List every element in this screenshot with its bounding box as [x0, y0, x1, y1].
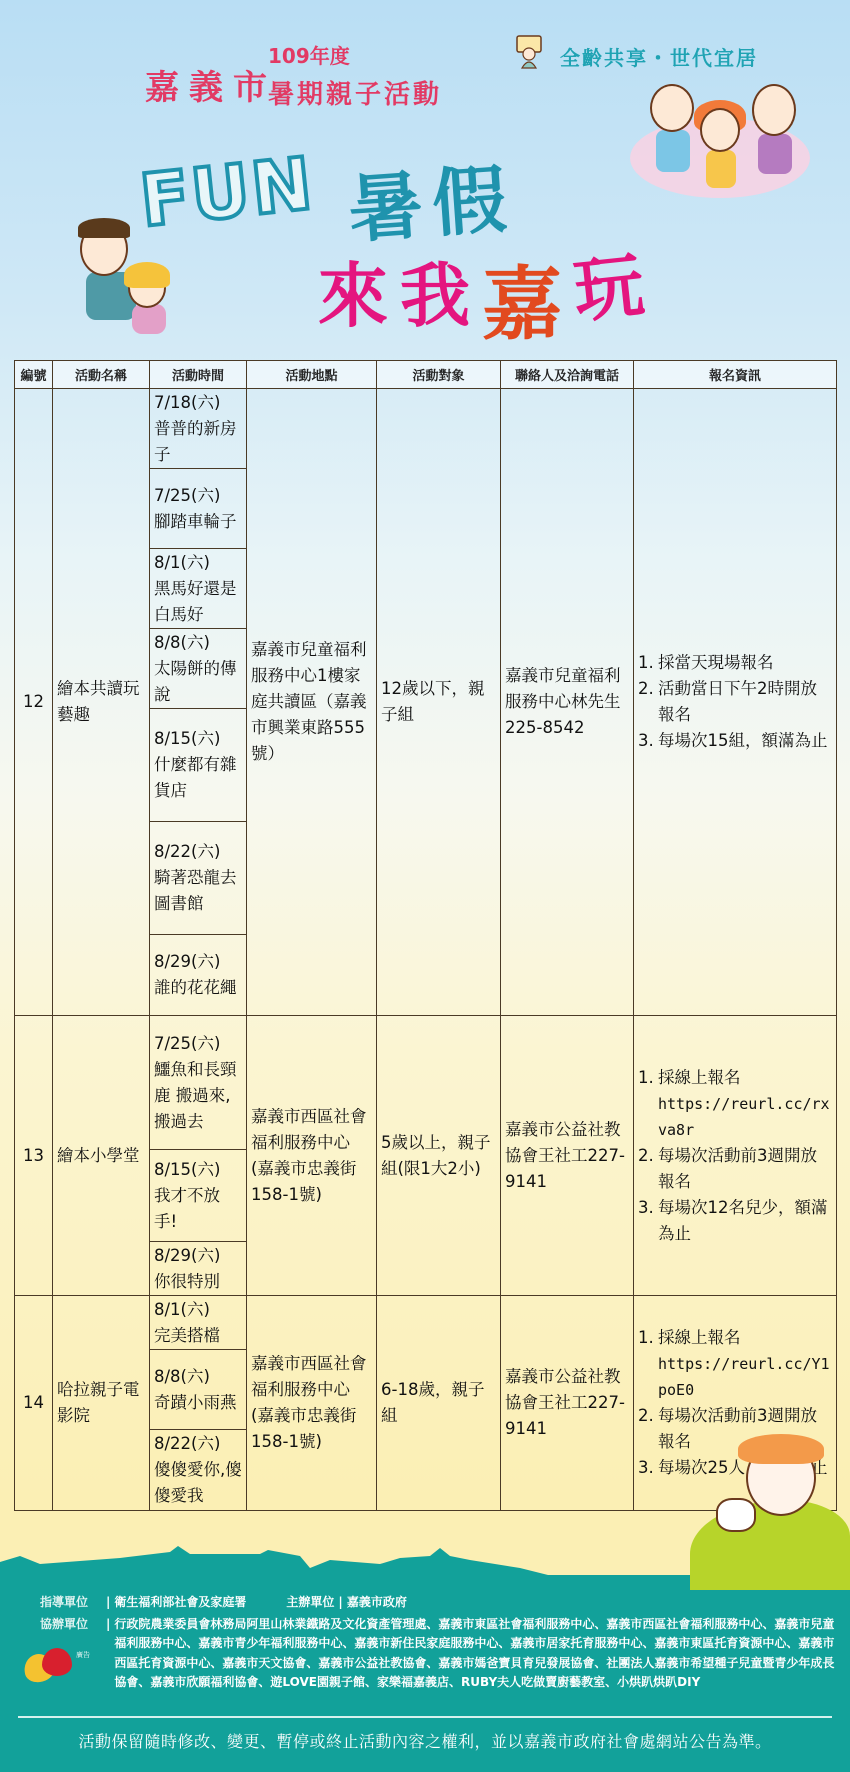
session-date: 8/15(六)	[154, 1157, 242, 1183]
session-item: 7/25(六)腳踏車輪子	[150, 469, 246, 549]
session-title: 誰的花花繩	[154, 975, 242, 1001]
activity-location: 嘉義市西區社會福利服務中心(嘉義市忠義街158-1號)	[247, 1016, 377, 1296]
session-item: 8/22(六)騎著恐龍去圖書館	[150, 822, 246, 935]
family-figure	[656, 130, 690, 172]
activity-audience: 6-18歲，親子組	[377, 1296, 501, 1511]
family-figure-head	[752, 84, 796, 136]
co-organizer-list: 行政院農業委員會林務局阿里山林業鐵路及文化資產管理處、嘉義市東區社會福利服務中心…	[114, 1615, 840, 1693]
session-item: 8/8(六)太陽餅的傳說	[150, 629, 246, 709]
table-row: 13 繪本小學堂 7/25(六)鱷魚和長頸鹿 搬過來,搬過去 8/15(六)我才…	[15, 1016, 837, 1296]
item-text: 採線上報名	[658, 1068, 741, 1087]
family-figure-head	[650, 84, 694, 132]
family-figure	[758, 134, 792, 174]
session-item: 8/1(六)黑馬好還是白馬好	[150, 549, 246, 629]
session-date: 8/15(六)	[154, 726, 242, 752]
registration-item: 2.每場次活動前3週開放報名	[638, 1143, 832, 1195]
session-title: 完美搭檔	[154, 1323, 242, 1349]
item-number: 1.	[638, 650, 658, 676]
column-header-audience: 活動對象	[377, 361, 501, 389]
city-title: 嘉義市	[145, 60, 277, 109]
session-item: 8/22(六)傻傻愛你,傻傻愛我	[150, 1430, 246, 1510]
logo-caption: 廣告	[76, 1650, 90, 1660]
separator: |	[106, 1593, 110, 1613]
item-number: 2.	[638, 1403, 658, 1455]
session-date: 8/1(六)	[154, 550, 242, 576]
session-date: 8/22(六)	[154, 1431, 242, 1457]
session-item: 8/8(六)奇蹟小雨燕	[150, 1350, 246, 1430]
registration-link[interactable]: https://reurl.cc/rxva8r	[658, 1095, 830, 1139]
table-row: 14 哈拉親子電影院 8/1(六)完美搭檔 8/8(六)奇蹟小雨燕 8/22(六…	[15, 1296, 837, 1511]
red-heart-logo-icon	[42, 1648, 72, 1676]
year-label: 109年度	[268, 40, 350, 69]
item-number: 3.	[638, 1195, 658, 1247]
registration-item: 1.採線上報名https://reurl.cc/rxva8r	[638, 1065, 832, 1143]
session-title: 普普的新房子	[154, 416, 242, 468]
registration-item: 1.採線上報名https://reurl.cc/Y1poE0	[638, 1325, 832, 1403]
family-figure	[706, 150, 736, 188]
title-come-play-chiayi: 來我嘉玩	[318, 228, 656, 343]
dad-figure-hair	[78, 218, 130, 238]
item-text: 採線上報名	[658, 1328, 741, 1347]
column-header-id: 編號	[15, 361, 53, 389]
session-item: 8/15(六)我才不放手!	[150, 1150, 246, 1242]
registration-item: 3.每場次12名兒少，額滿為止	[638, 1195, 832, 1247]
title-char: 玩	[568, 228, 660, 337]
activity-name: 繪本小學堂	[53, 1016, 150, 1296]
footer-divider	[18, 1716, 832, 1718]
item-number: 3.	[638, 728, 658, 754]
session-item: 8/29(六)誰的花花繩	[150, 935, 246, 1015]
activity-id: 13	[15, 1016, 53, 1296]
activity-contact: 嘉義市公益社教協會王社工227-9141	[501, 1016, 634, 1296]
activity-audience: 12歲以下，親子組	[377, 389, 501, 1016]
item-text: 採線上報名https://reurl.cc/rxva8r	[658, 1065, 832, 1143]
item-text: 每場次15組，額滿為止	[658, 728, 832, 754]
session-date: 8/8(六)	[154, 1364, 242, 1390]
session-date: 8/1(六)	[154, 1297, 242, 1323]
credit-row-co-organizers: 協辦單位 | 行政院農業委員會林務局阿里山林業鐵路及文化資產管理處、嘉義市東區社…	[40, 1615, 840, 1693]
girl-figure-hair	[738, 1434, 824, 1464]
title-char: 我	[400, 240, 482, 341]
session-title: 我才不放手!	[154, 1183, 242, 1235]
column-header-name: 活動名稱	[53, 361, 150, 389]
activity-contact: 嘉義市兒童福利服務中心林先生225-8542	[501, 389, 634, 1016]
guidance-label: 指導單位	[40, 1593, 106, 1613]
column-header-time: 活動時間	[150, 361, 247, 389]
session-item: 8/1(六)完美搭檔	[150, 1296, 246, 1350]
registration-link[interactable]: https://reurl.cc/Y1poE0	[658, 1355, 830, 1399]
title-fun: FUN	[136, 141, 318, 243]
registration-info: 1.採線上報名https://reurl.cc/rxva8r 2.每場次活動前3…	[634, 1016, 837, 1296]
activity-id: 14	[15, 1296, 53, 1511]
activity-contact: 嘉義市公益社教協會王社工227-9141	[501, 1296, 634, 1511]
session-date: 7/25(六)	[154, 483, 242, 509]
registration-info: 1.採當天現場報名 2.活動當日下午2時開放報名 3.每場次15組，額滿為止	[634, 389, 837, 1016]
session-title: 奇蹟小雨燕	[154, 1390, 242, 1416]
session-item: 8/15(六)什麼都有雜貨店	[150, 709, 246, 822]
item-text: 活動當日下午2時開放報名	[658, 676, 832, 728]
disclaimer: 活動保留隨時修改、變更、暫停或終止活動內容之權利，並以嘉義市政府社會處網站公告為…	[0, 1729, 850, 1752]
session-title: 太陽餅的傳說	[154, 656, 242, 708]
registration-item: 2.活動當日下午2時開放報名	[638, 676, 832, 728]
session-title: 你很特別	[154, 1269, 242, 1295]
separator: |	[338, 1593, 342, 1613]
activity-id: 12	[15, 389, 53, 1016]
session-item: 7/25(六)鱷魚和長頸鹿 搬過來,搬過去	[150, 1016, 246, 1150]
activity-audience: 5歲以上，親子組(限1大2小)	[377, 1016, 501, 1296]
item-text: 每場次活動前3週開放報名	[658, 1143, 832, 1195]
cat-figure	[716, 1498, 756, 1532]
session-title: 黑馬好還是白馬好	[154, 576, 242, 628]
item-number: 1.	[638, 1325, 658, 1403]
session-title: 鱷魚和長頸鹿 搬過來,搬過去	[154, 1057, 242, 1135]
table-row: 12 繪本共讀玩藝趣 7/18(六)普普的新房子 7/25(六)腳踏車輪子 8/…	[15, 389, 837, 1016]
session-title: 什麼都有雜貨店	[154, 752, 242, 804]
guidance-value: 衛生福利部社會及家庭署	[114, 1593, 246, 1613]
session-date: 7/18(六)	[154, 390, 242, 416]
kid-figure	[132, 304, 166, 334]
poster-header: 嘉義市 109年度 暑期親子活動 全齡共享・世代宜居 FUN 暑假 來我嘉玩	[0, 0, 850, 360]
host-label: 主辦單位	[286, 1593, 334, 1613]
session-date: 8/8(六)	[154, 630, 242, 656]
activity-table: 編號 活動名稱 活動時間 活動地點 活動對象 聯絡人及洽詢電話 報名資訊 12 …	[14, 360, 837, 1511]
activity-name: 哈拉親子電影院	[53, 1296, 150, 1511]
activity-location: 嘉義市兒童福利服務中心1樓家庭共讀區（嘉義市興業東路555號）	[247, 389, 377, 1016]
activity-name: 繪本共讀玩藝趣	[53, 389, 150, 1016]
credit-row-guidance: 指導單位 | 衛生福利部社會及家庭署 主辦單位 | 嘉義市政府	[40, 1593, 840, 1613]
session-date: 7/25(六)	[154, 1031, 242, 1057]
registration-item: 3.每場次15組，額滿為止	[638, 728, 832, 754]
session-date: 8/22(六)	[154, 839, 242, 865]
session-item: 7/18(六)普普的新房子	[150, 389, 246, 469]
title-char: 來	[318, 240, 400, 341]
item-number: 2.	[638, 676, 658, 728]
item-text: 採線上報名https://reurl.cc/Y1poE0	[658, 1325, 832, 1403]
session-list: 7/18(六)普普的新房子 7/25(六)腳踏車輪子 8/1(六)黑馬好還是白馬…	[150, 389, 247, 1016]
column-header-location: 活動地點	[247, 361, 377, 389]
event-subtitle: 暑期親子活動	[268, 74, 442, 111]
column-header-contact: 聯絡人及洽詢電話	[501, 361, 634, 389]
sponsor-logo: 廣告	[20, 1640, 90, 1690]
kid-figure-hair	[124, 262, 170, 288]
session-date: 8/29(六)	[154, 949, 242, 975]
item-text: 採當天現場報名	[658, 650, 832, 676]
family-figure-head	[700, 108, 740, 152]
credits-section: 指導單位 | 衛生福利部社會及家庭署 主辦單位 | 嘉義市政府 協辦單位 | 行…	[40, 1593, 840, 1693]
column-header-registration: 報名資訊	[634, 361, 837, 389]
title-char: 嘉	[482, 240, 574, 355]
item-number: 2.	[638, 1143, 658, 1195]
session-title: 腳踏車輪子	[154, 509, 242, 535]
item-number: 1.	[638, 1065, 658, 1143]
session-title: 傻傻愛你,傻傻愛我	[154, 1457, 242, 1509]
session-date: 8/29(六)	[154, 1243, 242, 1269]
registration-item: 1.採當天現場報名	[638, 650, 832, 676]
host-value: 嘉義市政府	[347, 1593, 407, 1613]
activity-location: 嘉義市西區社會福利服務中心(嘉義市忠義街158-1號)	[247, 1296, 377, 1511]
session-list: 8/1(六)完美搭檔 8/8(六)奇蹟小雨燕 8/22(六)傻傻愛你,傻傻愛我	[150, 1296, 247, 1511]
item-text: 每場次12名兒少，額滿為止	[658, 1195, 832, 1247]
table-header-row: 編號 活動名稱 活動時間 活動地點 活動對象 聯絡人及洽詢電話 報名資訊	[15, 361, 837, 389]
session-item: 8/29(六)你很特別	[150, 1242, 246, 1295]
session-title: 騎著恐龍去圖書館	[154, 865, 242, 917]
slogan: 全齡共享・世代宜居	[560, 42, 758, 71]
session-list: 7/25(六)鱷魚和長頸鹿 搬過來,搬過去 8/15(六)我才不放手! 8/29…	[150, 1016, 247, 1296]
child-holding-sign-icon	[515, 34, 543, 70]
item-number: 3.	[638, 1455, 658, 1481]
separator: |	[106, 1615, 110, 1693]
